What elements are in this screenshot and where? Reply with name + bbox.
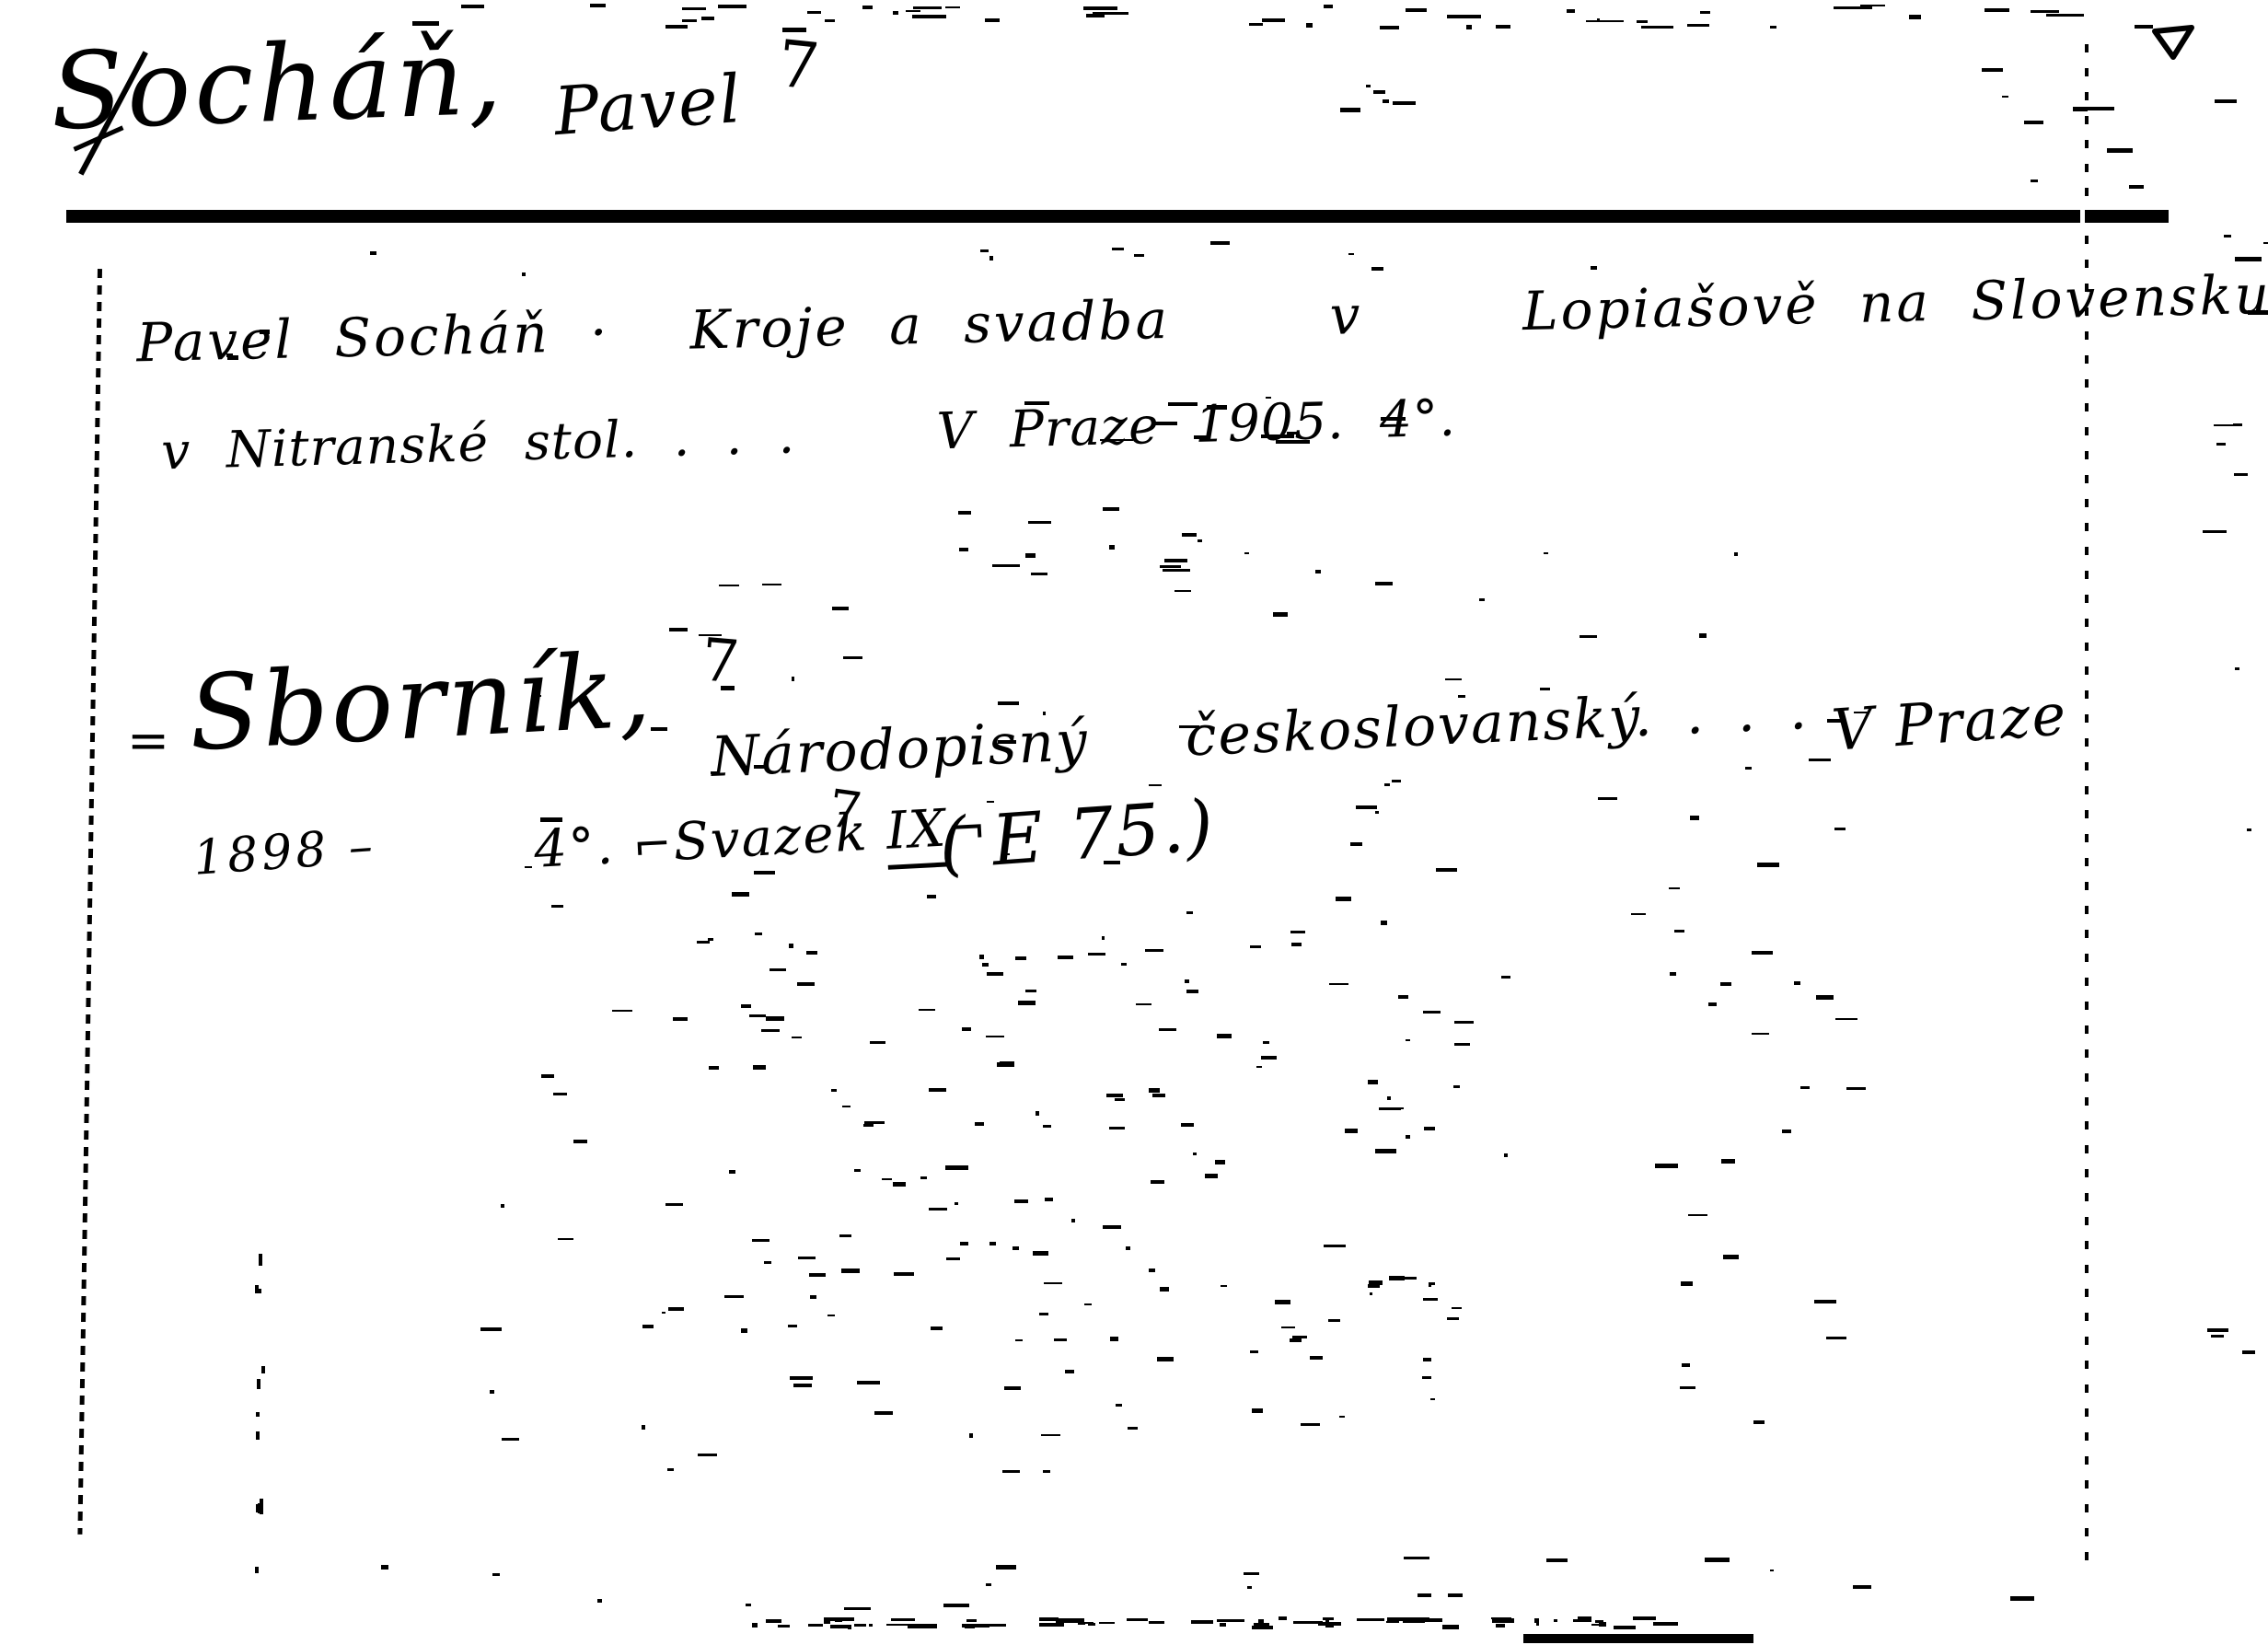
scan-noise [2215, 99, 2237, 104]
scan-noise [857, 1381, 880, 1384]
scan-noise [1447, 15, 1481, 18]
scan-noise [854, 1624, 866, 1627]
scan-noise [844, 1607, 871, 1610]
scan-noise [1325, 1620, 1329, 1623]
scan-noise [662, 1312, 665, 1314]
scan-noise [1546, 1558, 1568, 1562]
scan-noise [874, 1411, 893, 1415]
scan-noise [962, 1027, 971, 1031]
scan-noise [1281, 1326, 1295, 1329]
scan-noise [461, 5, 484, 8]
scan-noise [525, 866, 532, 869]
scan-noise [1071, 1219, 1076, 1222]
scan-noise [1492, 1618, 1513, 1622]
scan-noise [1653, 1622, 1678, 1626]
scan-noise [2263, 242, 2268, 244]
scan-noise [741, 1328, 748, 1333]
scan-noise [668, 1307, 683, 1311]
scan-noise [1554, 1619, 1557, 1623]
scan-noise [945, 6, 960, 8]
scan-noise [1106, 1094, 1123, 1097]
scan-noise [1734, 552, 1738, 556]
scan-noise [792, 677, 794, 681]
scan-noise [256, 1412, 260, 1418]
heading-rule [66, 210, 2169, 223]
scan-noise [810, 1295, 816, 1299]
scan-noise [1782, 1129, 1791, 1133]
scan-noise [1708, 1002, 1717, 1006]
scan-noise [1496, 25, 1510, 29]
scan-noise [1275, 1300, 1291, 1304]
scan-noise [1340, 108, 1360, 112]
scan-noise [1705, 1558, 1729, 1561]
scan-noise [1186, 990, 1198, 993]
scan-noise [1329, 983, 1348, 985]
scan-noise [1387, 1096, 1391, 1101]
scan-noise [1044, 1282, 1061, 1284]
scan-noise [1014, 1199, 1028, 1202]
scan-noise [1025, 990, 1036, 992]
scan-noise [996, 1565, 1016, 1569]
scan-noise [1116, 1404, 1123, 1407]
scan-noise [746, 1604, 751, 1606]
scan-noise [1430, 1398, 1436, 1400]
scan-noise [1024, 401, 1049, 405]
scan-noise [1324, 1245, 1346, 1247]
scan-noise [1262, 18, 1285, 22]
scan-noise [1770, 26, 1776, 29]
scan-noise [1323, 1617, 1333, 1621]
scan-noise [1406, 8, 1426, 11]
scan-noise [766, 1619, 781, 1623]
scan-noise [1252, 1408, 1263, 1413]
scan-noise [1398, 995, 1408, 999]
scan-noise [1670, 972, 1676, 976]
scan-noise [1004, 1386, 1022, 1390]
scan-noise [551, 905, 564, 908]
scan-noise [989, 1624, 1006, 1627]
scan-noise [1770, 1570, 1774, 1571]
scan-noise [825, 19, 835, 22]
scan-noise [788, 1325, 798, 1328]
scan-noise [1157, 1357, 1174, 1361]
scan-noise [701, 17, 714, 20]
scan-noise [2024, 121, 2042, 124]
scan-noise [1217, 1619, 1244, 1622]
scan-noise [1392, 780, 1401, 782]
scan-noise [2235, 667, 2239, 670]
scan-noise [1160, 1287, 1170, 1291]
scan-noise [906, 10, 920, 12]
scan-noise [1325, 1625, 1333, 1627]
scan-noise [1250, 945, 1261, 948]
scan-noise [553, 1093, 567, 1095]
entry2-place: V Praze [1830, 680, 2070, 764]
scan-noise [719, 585, 739, 586]
scan-noise [793, 1384, 812, 1387]
scan-noise [2216, 443, 2227, 445]
scan-noise [1454, 1021, 1474, 1024]
scan-noise [754, 765, 769, 769]
heading-forename: Pavel [551, 60, 745, 150]
scan-noise [1033, 1251, 1047, 1256]
scan-noise [854, 1169, 861, 1172]
scan-noise [1174, 590, 1191, 592]
scan-noise [1466, 25, 1472, 29]
scan-noise [987, 972, 1002, 976]
scan-noise [1479, 598, 1485, 601]
scan-noise [1168, 402, 1198, 406]
scan-noise [642, 1425, 645, 1429]
scan-noise [2224, 235, 2231, 237]
scan-noise [1153, 422, 1177, 426]
scan-noise [1039, 1617, 1059, 1621]
scan-noise [1345, 1129, 1358, 1133]
scan-noise [1159, 1028, 1176, 1032]
scan-noise [807, 11, 821, 14]
scan-noise [1100, 439, 1133, 442]
scan-noise [1406, 1135, 1410, 1139]
scan-noise [1164, 559, 1187, 562]
scan-noise [1012, 1246, 1019, 1250]
scan-noise [1134, 254, 1144, 257]
scan-noise [986, 1583, 991, 1586]
scan-noise [1293, 1621, 1322, 1624]
scan-noise [682, 7, 705, 10]
scan-noise [1637, 20, 1648, 23]
scan-noise [1984, 8, 2009, 11]
scan-noise [790, 1376, 813, 1380]
scan-noise [541, 1074, 554, 1077]
scan-noise [1102, 936, 1105, 939]
scan-noise [1381, 921, 1387, 925]
scan-noise [1043, 712, 1046, 715]
scan-noise [839, 1234, 851, 1238]
scan-noise [2234, 473, 2248, 476]
scan-noise [1417, 1593, 1431, 1596]
scan-noise [1198, 539, 1201, 542]
scan-noise [1276, 440, 1310, 444]
scan-noise [870, 1041, 886, 1044]
scan-noise [1544, 552, 1547, 554]
scan-noise [863, 1124, 873, 1127]
scan-noise [2031, 10, 2059, 13]
scan-noise [848, 1625, 851, 1628]
scan-noise [1816, 995, 1834, 1000]
scan-noise [1681, 1281, 1694, 1286]
scan-noise [1149, 1088, 1160, 1092]
scan-noise [752, 1623, 758, 1628]
scan-noise [1039, 1313, 1049, 1315]
scan-noise [1674, 930, 1684, 933]
scan-noise [762, 584, 781, 585]
scan-noise [1058, 956, 1073, 958]
scan-noise [1112, 248, 1124, 251]
entry2-volume: 4°. ⌐Svazek IX¬ [533, 796, 989, 880]
scan-noise [959, 548, 968, 550]
entry2-title: Sborník, [186, 631, 656, 774]
scan-noise [1595, 1620, 1603, 1623]
scan-noise [1149, 1621, 1164, 1624]
scan-noise [979, 955, 984, 959]
scan-noise [1723, 1255, 1739, 1258]
scan-noise [809, 1273, 826, 1277]
scan-noise [1501, 976, 1510, 979]
scan-noise [764, 1261, 771, 1263]
scan-noise [980, 249, 989, 251]
scan-noise [1846, 1087, 1866, 1090]
scan-noise [1357, 1618, 1384, 1622]
scan-noise [1103, 1225, 1121, 1229]
scan-noise [1290, 1338, 1302, 1342]
scan-noise [1591, 266, 1597, 270]
scan-noise [537, 695, 540, 697]
scan-noise [1375, 582, 1393, 585]
scan-noise [1041, 1434, 1060, 1436]
scan-noise [945, 1165, 968, 1170]
scan-noise [1598, 797, 1617, 800]
scan-noise [1631, 913, 1646, 916]
scan-noise [1826, 1337, 1847, 1339]
scan-noise [698, 1454, 717, 1456]
scan-noise [789, 944, 793, 948]
scan-noise [1389, 1276, 1405, 1280]
scan-noise [1301, 1423, 1320, 1426]
scan-noise [1753, 1420, 1765, 1424]
scan-noise [927, 895, 936, 898]
scan-noise [832, 607, 850, 610]
scan-noise [1039, 1623, 1064, 1626]
scan-noise [1350, 842, 1362, 846]
scan-noise [261, 1366, 265, 1373]
entry2-format: 4°. [533, 815, 634, 880]
scan-noise [1853, 1585, 1871, 1589]
scan-noise [597, 1599, 602, 1603]
scan-noise [946, 1257, 960, 1260]
scan-noise [1655, 1164, 1678, 1168]
scan-noise [893, 1182, 906, 1187]
scan-noise [1752, 1033, 1769, 1035]
scan-noise [1249, 23, 1264, 26]
scan-noise [1504, 1153, 1508, 1157]
scan-noise [749, 1014, 766, 1017]
scan-noise [1025, 553, 1036, 558]
scan-noise [919, 1009, 936, 1011]
scan-noise [755, 933, 762, 935]
scan-noise [1436, 868, 1457, 872]
scan-noise [1458, 695, 1466, 697]
scan-noise [741, 1004, 751, 1009]
scan-noise [1404, 1557, 1429, 1559]
scan-noise [1800, 1086, 1809, 1088]
scan-noise [540, 817, 562, 822]
scan-noise [1152, 1094, 1166, 1097]
scan-noise [982, 963, 989, 967]
scan-noise [1263, 1041, 1269, 1043]
scan-noise [2129, 185, 2145, 189]
scan-noise [1315, 570, 1321, 573]
scan-noise [912, 15, 946, 18]
scan-noise [1306, 23, 1313, 28]
scan-noise [824, 1621, 830, 1624]
scan-noise [1028, 521, 1051, 525]
scan-noise [1669, 887, 1680, 890]
scan-noise [1086, 14, 1105, 17]
scan-noise [986, 1036, 1004, 1037]
scan-noise [1121, 963, 1127, 965]
scan-noise [1310, 1356, 1323, 1361]
scan-noise [827, 1315, 835, 1316]
scan-noise [1193, 1153, 1198, 1156]
scan-noise [1752, 951, 1773, 956]
scan-noise [1221, 1285, 1227, 1288]
scan-noise [1149, 1269, 1154, 1271]
scan-noise [642, 1325, 654, 1328]
scan-noise [1186, 911, 1194, 914]
scan-noise [1680, 1386, 1695, 1390]
scan-noise [1386, 1621, 1398, 1623]
scan-noise [412, 21, 438, 26]
scan-noise [1682, 1363, 1689, 1367]
scan-noise [987, 801, 994, 803]
scan-noise [1442, 1625, 1459, 1629]
scan-noise [1015, 956, 1026, 960]
scan-noise [1578, 1616, 1591, 1621]
scan-noise [753, 1065, 766, 1069]
scan-noise [1083, 6, 1118, 9]
scan-noise [1279, 1616, 1287, 1620]
scan-noise [1109, 1127, 1125, 1130]
scan-noise [1151, 1180, 1164, 1184]
scan-noise [1291, 943, 1302, 946]
scan-noise [255, 1285, 259, 1292]
scan-noise [260, 1499, 263, 1515]
scan-noise [1205, 1174, 1219, 1178]
scan-noise [989, 1242, 996, 1246]
scan-noise [1110, 1337, 1118, 1341]
scan-noise [1043, 1470, 1050, 1473]
scan-noise [708, 938, 713, 941]
scan-noise [1375, 811, 1379, 814]
scan-noise [1099, 1622, 1115, 1624]
scan-noise [989, 256, 994, 260]
scan-noise [1579, 635, 1597, 639]
scan-noise [590, 4, 606, 6]
scan-noise [1854, 712, 1869, 713]
scan-noise [260, 330, 270, 334]
scan-noise [1720, 982, 1730, 987]
scan-noise [1424, 1127, 1435, 1130]
scan-noise [724, 1295, 743, 1298]
scan-noise [998, 701, 1019, 705]
scan-noise [1586, 20, 1623, 22]
scan-noise [958, 511, 971, 515]
scan-noise [2207, 1328, 2228, 1332]
scan-noise [754, 871, 774, 875]
scan-noise [920, 1176, 927, 1179]
scan-noise [1109, 545, 1115, 549]
scan-noise [612, 1010, 632, 1013]
equals-mark: = [127, 711, 169, 770]
scan-noise [1045, 1198, 1052, 1201]
scan-noise [1688, 1214, 1707, 1217]
scan-noise [1445, 678, 1463, 681]
scan-noise [2214, 424, 2240, 426]
scan-noise [1290, 931, 1305, 933]
scan-noise [975, 1122, 984, 1126]
scan-noise [1375, 1149, 1395, 1153]
scan-noise [1163, 569, 1190, 572]
scan-noise [2203, 530, 2227, 534]
scan-noise [1423, 1011, 1441, 1014]
scan-noise [1454, 1043, 1470, 1045]
scan-noise [1336, 897, 1351, 901]
scan-noise [1757, 863, 1779, 867]
scan-noise [808, 1624, 823, 1626]
scan-noise [669, 628, 688, 631]
scan-noise [960, 1242, 968, 1245]
scan-noise [665, 1203, 683, 1206]
scan-noise [501, 1204, 503, 1208]
scan-noise [1328, 1319, 1339, 1321]
scan-noise [667, 1468, 675, 1471]
scan-noise [908, 1624, 937, 1628]
scan-noise [894, 1272, 914, 1276]
scan-noise [1369, 1280, 1383, 1285]
scan-noise [1000, 1061, 1014, 1064]
scan-noise [797, 982, 815, 986]
entry1-title-line: Pavel Socháň · Kroje a svadba v Lopiašov… [136, 263, 2268, 375]
scan-noise [1393, 101, 1415, 106]
scan-noise [2249, 310, 2259, 313]
scan-noise [1794, 981, 1800, 985]
scan-noise [769, 968, 785, 972]
catalog-card-scan: Socháň, Pavel 7 Pavel Socháň · Kroje a s… [0, 0, 2268, 1645]
scan-noise [1210, 241, 1229, 245]
scan-noise [766, 1016, 784, 1021]
scan-noise [1261, 434, 1294, 438]
scan-noise [1745, 767, 1751, 770]
scan-noise [1633, 1616, 1656, 1620]
scan-noise [1368, 1080, 1377, 1084]
scan-noise [1690, 816, 1698, 820]
scan-noise [969, 1433, 973, 1438]
scan-noise [1614, 1626, 1635, 1629]
scan-noise [1247, 1586, 1252, 1589]
insertion-caret-icon: 7 [774, 26, 823, 105]
scan-noise [1447, 1317, 1459, 1320]
scan-noise [1002, 1470, 1020, 1473]
scan-noise [2002, 96, 2008, 98]
scan-noise [843, 656, 863, 659]
scan-noise [2235, 257, 2262, 261]
scan-noise [1015, 1339, 1024, 1341]
scan-noise [729, 1170, 735, 1174]
scan-noise [1093, 12, 1128, 15]
scan-noise [2010, 1596, 2034, 1601]
scan-noise [1348, 253, 1353, 255]
scan-noise [1256, 1066, 1262, 1068]
scan-noise [697, 941, 710, 944]
scan-noise [1324, 5, 1333, 9]
scan-noise [1036, 1111, 1040, 1116]
scan-noise [255, 1567, 259, 1573]
scan-noise [1145, 949, 1163, 952]
scan-noise [1149, 784, 1162, 786]
scan-noise [1104, 861, 1119, 864]
scan-noise [1160, 565, 1182, 567]
scan-noise [985, 18, 1000, 22]
